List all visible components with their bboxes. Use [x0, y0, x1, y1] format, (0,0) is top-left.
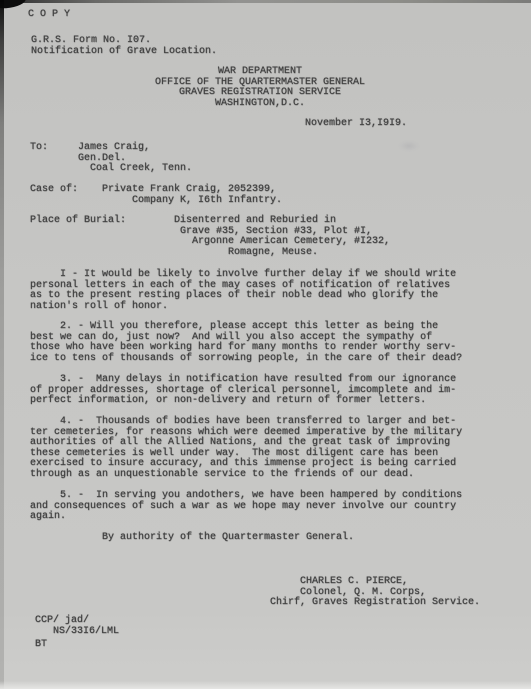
smudge-mark — [398, 140, 420, 152]
scan-bottom-light-strip — [0, 681, 531, 689]
paragraph-1: I - It would be likely to involve furthe… — [30, 270, 456, 312]
letterhead: WAR DEPARTMENT OFFICE OF THE QUARTERMAST… — [0, 67, 520, 109]
paragraph-5: 5. - In serving you andothers, we have b… — [30, 491, 462, 523]
case-of-block: Case of: Private Frank Craig, 2052399, C… — [30, 185, 282, 206]
closing-line: By authority of the Quartermaster Genera… — [102, 533, 354, 544]
copy-label: C O P Y — [28, 10, 70, 21]
date-line: November I3,I9I9. — [305, 119, 407, 130]
scan-edge-top-shadow — [0, 0, 531, 3]
scanned-letter-page: C O P Y G.R.S. Form No. I07. Notificatio… — [0, 0, 531, 689]
paragraph-4: 4. - Thousands of bodies have been trans… — [30, 417, 462, 480]
form-number-block: G.R.S. Form No. I07. Notification of Gra… — [31, 36, 217, 57]
paragraph-3: 3. - Many delays in notification have re… — [30, 375, 456, 407]
reference-block: CCP/ jad/ NS/33I6/LML — [35, 616, 119, 637]
paragraph-2: 2. - Will you therefore, please accept t… — [30, 322, 462, 364]
signature-block: CHARLES C. PIERCE, Colonel, Q. M. Corps,… — [270, 577, 480, 609]
recipient-block: To: James Craig, Gen.Del. Coal Creek, Te… — [30, 143, 192, 175]
place-of-burial-block: Place of Burial: Disenterred and Reburie… — [30, 216, 390, 258]
bt-mark: BT — [35, 640, 47, 651]
